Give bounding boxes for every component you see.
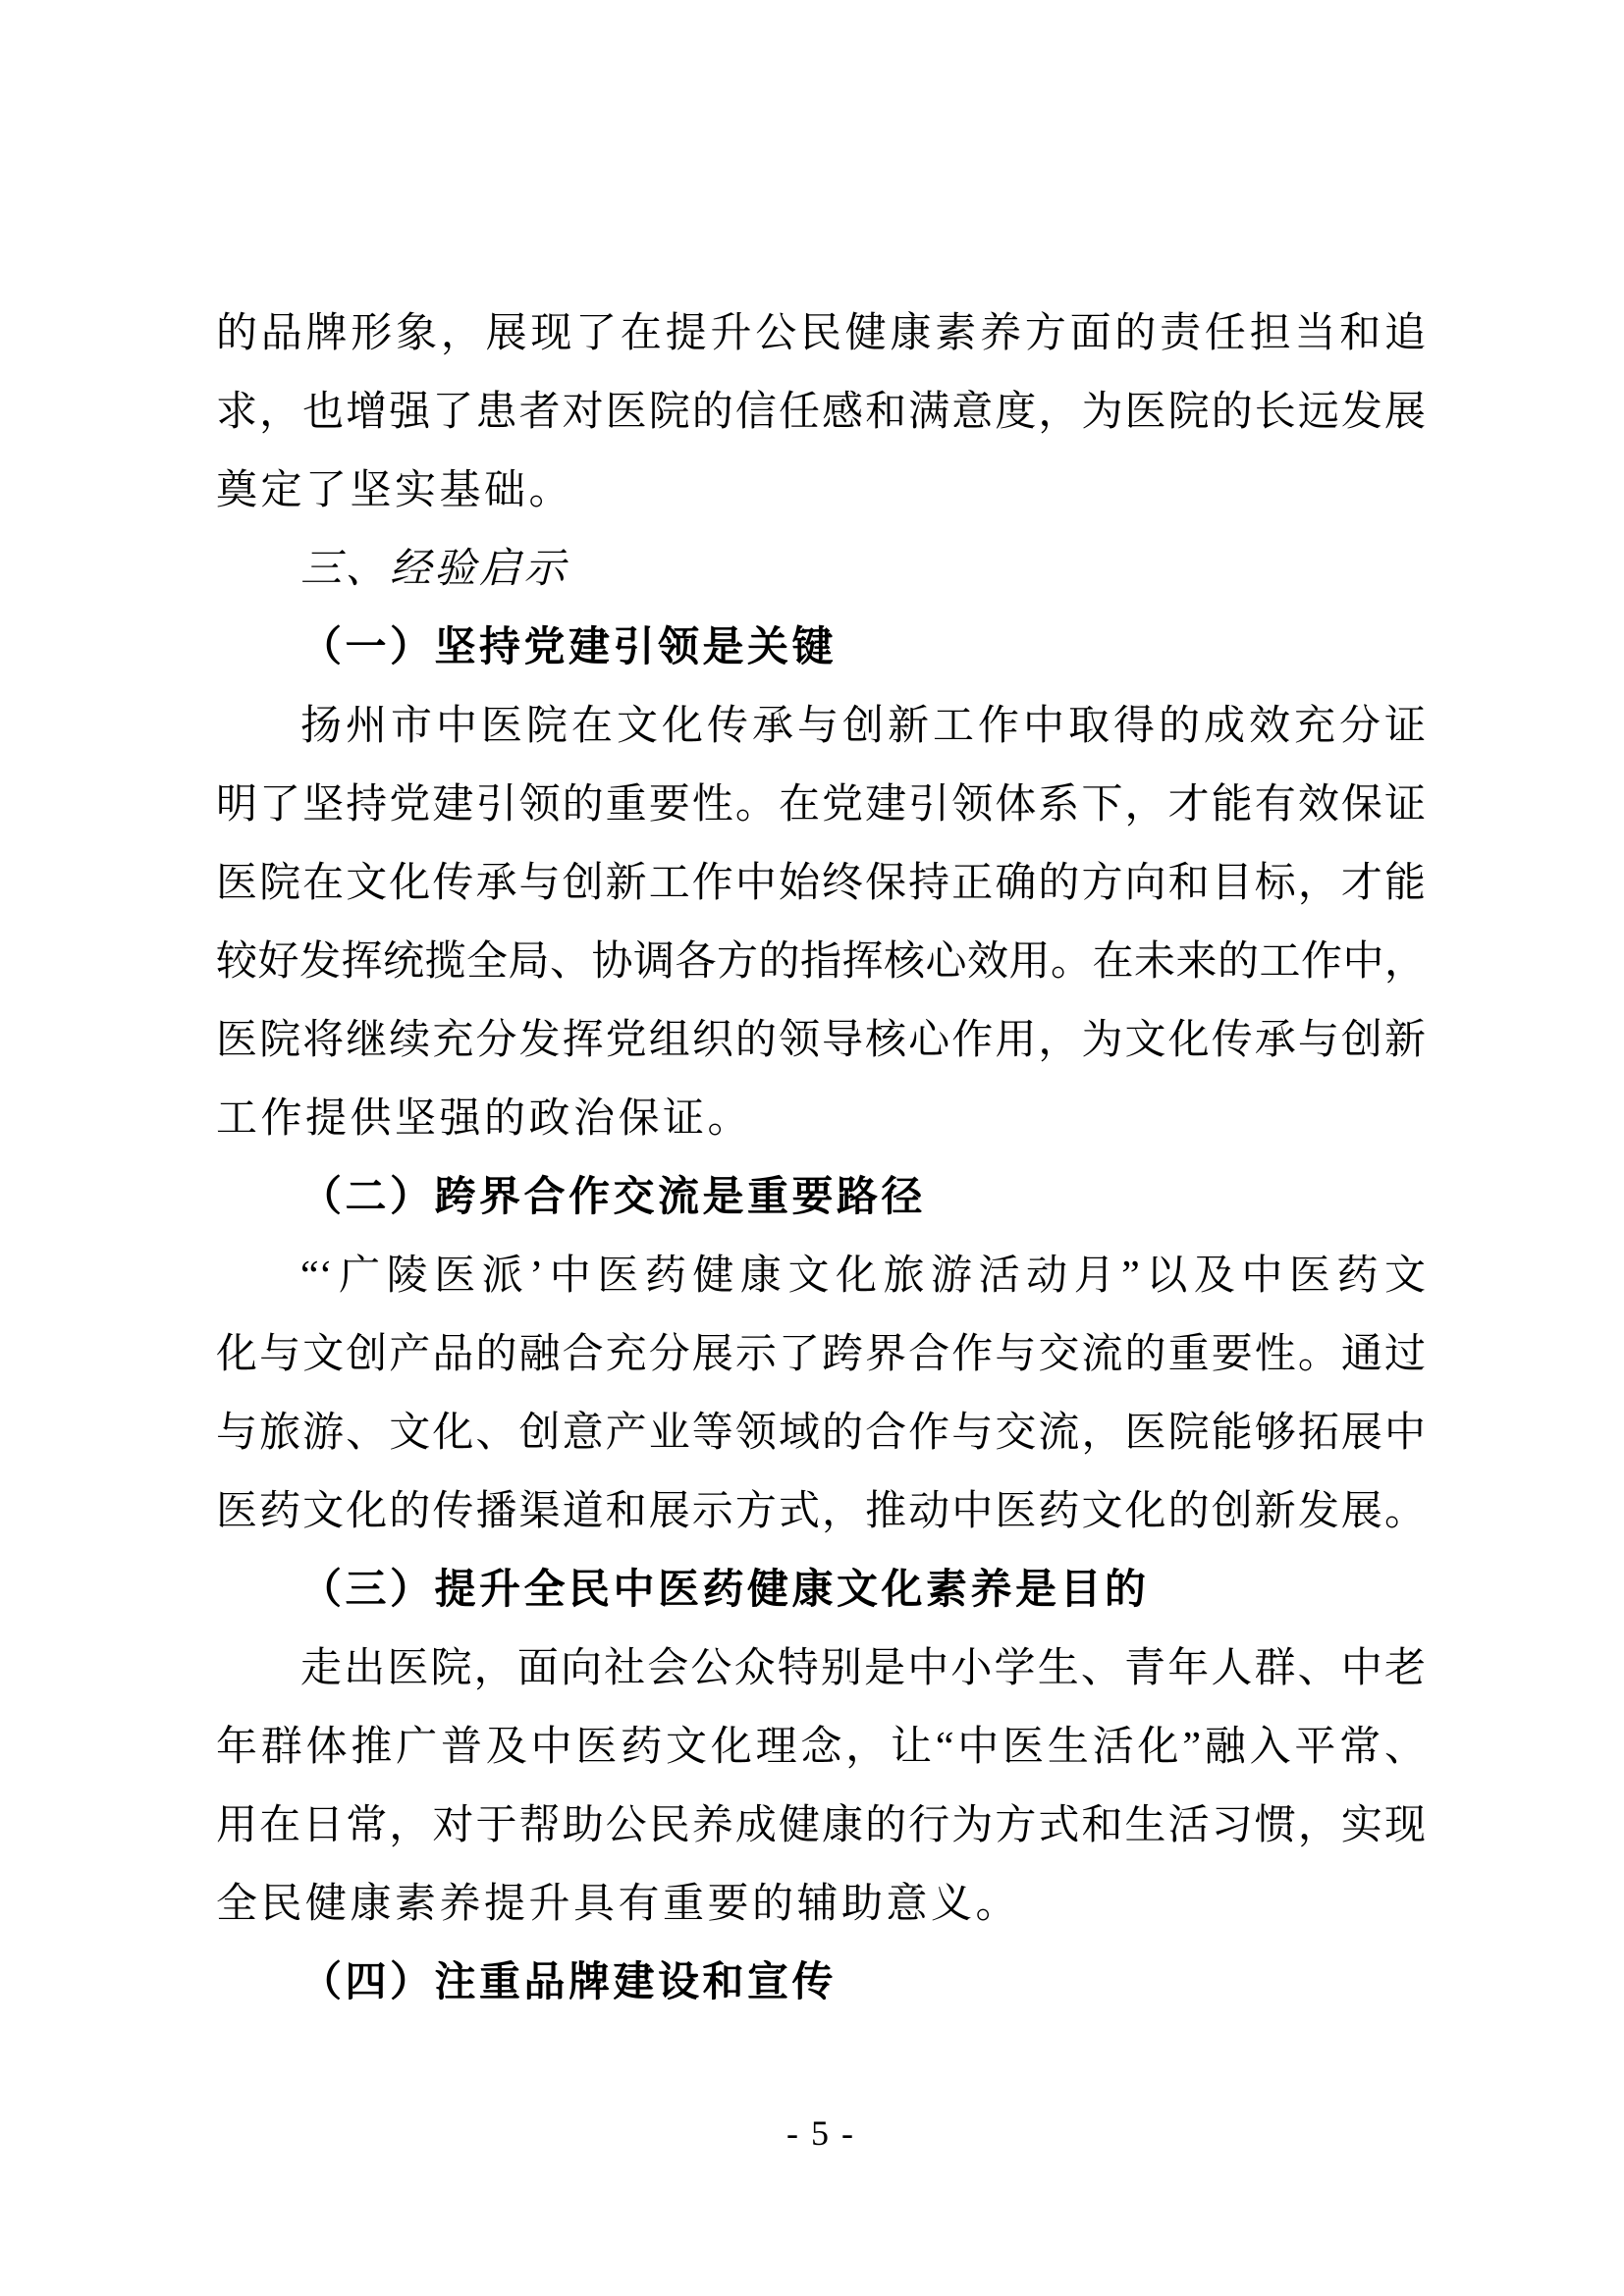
section-heading-line: （三）提升全民中医药健康文化素养是目的 (216, 1551, 1426, 1629)
body-text-line: 扬州市中医院在文化传承与创新工作中取得的成效充分证 (216, 687, 1426, 766)
section-heading-line: 三、经验启示 (216, 530, 1426, 609)
body-text-line: 医药文化的传播渠道和展示方式，推动中医药文化的创新发展。 (216, 1472, 1426, 1551)
body-text-line: 明了坚持党建引领的重要性。在党建引领体系下，才能有效保证 (216, 766, 1426, 844)
page-number: - 5 - (786, 2113, 855, 2153)
body-text-line: 与旅游、文化、创意产业等领域的合作与交流，医院能够拓展中 (216, 1394, 1426, 1472)
body-text-line: 走出医院，面向社会公众特别是中小学生、青年人群、中老 (216, 1629, 1426, 1708)
body-text-line: 工作提供坚强的政治保证。 (216, 1080, 1426, 1158)
document-content: 的品牌形象，展现了在提升公民健康素养方面的责任担当和追求，也增强了患者对医院的信… (216, 294, 1426, 2022)
body-text-line: “‘广陵医派’中医药健康文化旅游活动月”以及中医药文 (216, 1237, 1426, 1315)
body-text-line: 医院在文化传承与创新工作中始终保持正确的方向和目标，才能 (216, 844, 1426, 923)
section-heading-line: （一）坚持党建引领是关键 (216, 609, 1426, 687)
body-text-line: 奠定了坚实基础。 (216, 452, 1426, 530)
body-text-line: 医院将继续充分发挥党组织的领导核心作用，为文化传承与创新 (216, 1001, 1426, 1080)
body-text-line: 用在日常，对于帮助公民养成健康的行为方式和生活习惯，实现 (216, 1787, 1426, 1865)
body-text-line: 年群体推广普及中医药文化理念，让“中医生活化”融入平常、 (216, 1708, 1426, 1787)
body-text-line: 求，也增强了患者对医院的信任感和满意度，为医院的长远发展 (216, 373, 1426, 452)
body-text-line: 全民健康素养提升具有重要的辅助意义。 (216, 1865, 1426, 1944)
page-footer: - 5 - (216, 2109, 1426, 2158)
body-text-line: 化与文创产品的融合充分展示了跨界合作与交流的重要性。通过 (216, 1315, 1426, 1394)
section-heading-line: （二）跨界合作交流是重要路径 (216, 1158, 1426, 1237)
body-text-line: 的品牌形象，展现了在提升公民健康素养方面的责任担当和追 (216, 294, 1426, 373)
section-heading-line: （四）注重品牌建设和宣传 (216, 1944, 1426, 2022)
document-page: 的品牌形象，展现了在提升公民健康素养方面的责任担当和追求，也增强了患者对医院的信… (0, 0, 1624, 2296)
body-text-line: 较好发挥统揽全局、协调各方的指挥核心效用。在未来的工作中， (216, 923, 1426, 1001)
